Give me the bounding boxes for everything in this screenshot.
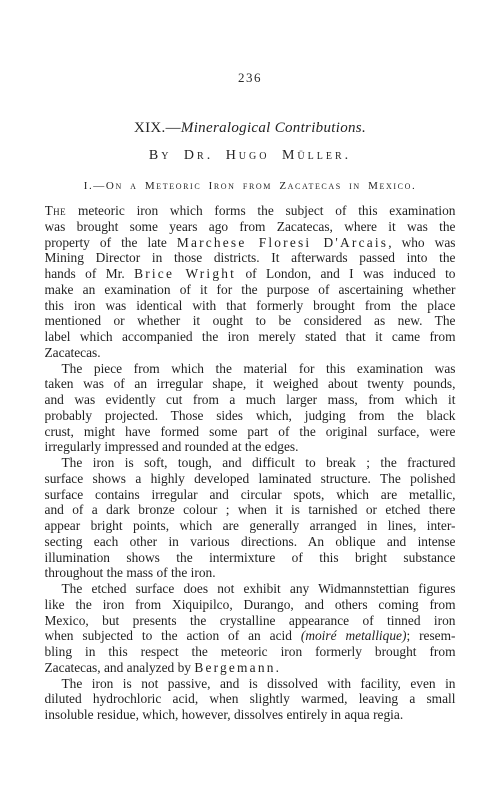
- text-line: diluted hydrochloric acid, when slightly…: [45, 691, 456, 707]
- smallcaps-text: The: [45, 203, 67, 218]
- paragraph: The iron is soft, tough, and difficult t…: [45, 455, 456, 581]
- body-text-segment: like the iron from Xiquipilco, Durango, …: [45, 597, 456, 612]
- body-text-segment: , who was: [388, 235, 455, 250]
- body-text-segment: make an examination of it for the purpos…: [45, 282, 456, 297]
- body-text-segment: and was evidently cut from a much larger…: [45, 392, 456, 407]
- body-text-segment: irregularly impressed and rounded at the…: [45, 439, 299, 454]
- text-line: crust, might have formed some part of th…: [45, 424, 456, 440]
- article-title: XIX.—Mineralogical Contributions.: [0, 120, 500, 137]
- body-text-segment: bling in this respect the meteoric iron …: [45, 644, 456, 659]
- body-text-segment: The iron is not passive, and is dissolve…: [62, 676, 456, 691]
- body-text-segment: .: [276, 660, 279, 675]
- body-text-segment: appear bright points, which are generall…: [45, 518, 456, 533]
- text-line: make an examination of it for the purpos…: [45, 282, 456, 298]
- body-text-segment: surface shows a highly developed laminat…: [45, 471, 456, 486]
- text-line: The iron is not passive, and is dissolve…: [45, 676, 456, 692]
- body-text-segment: taken was of an irregular shape, it weig…: [45, 376, 456, 391]
- body-text-segment: probably projected. Those sides which, j…: [45, 408, 456, 423]
- text-line: Zacatecas, and analyzed by Bergemann.: [45, 660, 456, 676]
- article-title-text: Mineralogical Contributions.: [181, 120, 366, 136]
- text-line: The piece from which the material for th…: [45, 361, 456, 377]
- body-text-segment: illumination shows the intermixture of t…: [45, 550, 456, 565]
- text-line: Mexico, but presents the crystalline app…: [45, 613, 456, 629]
- text-line: this iron was identical with that former…: [45, 298, 456, 314]
- page-number: 236: [0, 0, 500, 86]
- body-text-segment: The iron is soft, tough, and difficult t…: [62, 455, 456, 470]
- body-text-segment: was brought some years ago from Zacateca…: [45, 219, 456, 234]
- letterspaced-name: Brice Wright: [134, 266, 236, 281]
- body-text-segment: mentioned or whether it ought to be cons…: [45, 313, 456, 328]
- text-line: The etched surface does not exhibit any …: [45, 581, 456, 597]
- italic-text: (moiré metallique): [301, 628, 407, 643]
- body-text-segment: this iron was identical with that former…: [45, 298, 456, 313]
- body-text-segment: label which accompanied the iron merely …: [45, 329, 456, 344]
- body-text-segment: surface contains irregular and circular …: [45, 487, 456, 502]
- text-line: taken was of an irregular shape, it weig…: [45, 376, 456, 392]
- text-line: illumination shows the intermixture of t…: [45, 550, 456, 566]
- text-line: Mining Director in those districts. It a…: [45, 250, 456, 266]
- body-text-segment: throughout the mass of the iron.: [45, 565, 216, 580]
- text-line: was brought some years ago from Zacateca…: [45, 219, 456, 235]
- author-byline: By Dr. Hugo Müller.: [0, 148, 500, 164]
- paragraph: The piece from which the material for th…: [45, 361, 456, 456]
- body-text-segment: when subjected to the action of an acid: [45, 628, 301, 643]
- body-text-segment: Mining Director in those districts. It a…: [45, 250, 456, 265]
- text-line: The meteoric iron which forms the subjec…: [45, 203, 456, 219]
- scanned-page: 236 XIX.—Mineralogical Contributions. By…: [0, 0, 500, 810]
- text-line: mentioned or whether it ought to be cons…: [45, 313, 456, 329]
- body-text-segment: property of the late: [45, 235, 177, 250]
- body-text-segment: crust, might have formed some part of th…: [45, 424, 456, 439]
- body-text-segment: hands of Mr.: [45, 266, 135, 281]
- text-line: surface contains irregular and circular …: [45, 487, 456, 503]
- text-line: and of a dark bronze colour ; when it is…: [45, 502, 456, 518]
- text-line: appear bright points, which are generall…: [45, 518, 456, 534]
- body-text-segment: The etched surface does not exhibit any …: [62, 581, 456, 596]
- body-text-segment: ; resem-: [406, 628, 455, 643]
- body-text-segment: and of a dark bronze colour ; when it is…: [45, 502, 456, 517]
- body-text-segment: The piece from which the material for th…: [62, 361, 456, 376]
- paragraph: The meteoric iron which forms the subjec…: [45, 203, 456, 361]
- body-text-segment: secting each other in various directions…: [45, 534, 456, 549]
- body-text-segment: insoluble residue, which, however, disso…: [45, 707, 404, 722]
- text-line: insoluble residue, which, however, disso…: [45, 707, 456, 723]
- section-heading: I.—On a Meteoric Iron from Zacatecas in …: [0, 180, 500, 192]
- paragraph: The iron is not passive, and is dissolve…: [45, 676, 456, 723]
- letterspaced-name: Marchese Floresi D'Arcais: [177, 235, 388, 250]
- body-text-segment: meteoric iron which forms the subject of…: [66, 203, 455, 218]
- text-line: and was evidently cut from a much larger…: [45, 392, 456, 408]
- text-line: irregularly impressed and rounded at the…: [45, 439, 456, 455]
- text-line: probably projected. Those sides which, j…: [45, 408, 456, 424]
- text-line: hands of Mr. Brice Wright of London, and…: [45, 266, 456, 282]
- text-line: property of the late Marchese Floresi D'…: [45, 235, 456, 251]
- body-text-segment: Zacatecas.: [45, 345, 101, 360]
- text-line: throughout the mass of the iron.: [45, 565, 456, 581]
- article-number: XIX.—: [134, 120, 181, 136]
- text-line: bling in this respect the meteoric iron …: [45, 644, 456, 660]
- text-line: label which accompanied the iron merely …: [45, 329, 456, 345]
- text-line: Zacatecas.: [45, 345, 456, 361]
- text-line: surface shows a highly developed laminat…: [45, 471, 456, 487]
- body-text-segment: Zacatecas, and analyzed by: [45, 660, 195, 675]
- paragraph: The etched surface does not exhibit any …: [45, 581, 456, 676]
- body-text-segment: of London, and I was induced to: [236, 266, 455, 281]
- text-line: The iron is soft, tough, and difficult t…: [45, 455, 456, 471]
- article-body: The meteoric iron which forms the subjec…: [45, 203, 456, 723]
- letterspaced-name: Bergemann: [194, 660, 275, 675]
- text-line: like the iron from Xiquipilco, Durango, …: [45, 597, 456, 613]
- body-text-segment: diluted hydrochloric acid, when slightly…: [45, 691, 456, 706]
- body-text-segment: Mexico, but presents the crystalline app…: [45, 613, 456, 628]
- text-line: when subjected to the action of an acid …: [45, 628, 456, 644]
- text-line: secting each other in various directions…: [45, 534, 456, 550]
